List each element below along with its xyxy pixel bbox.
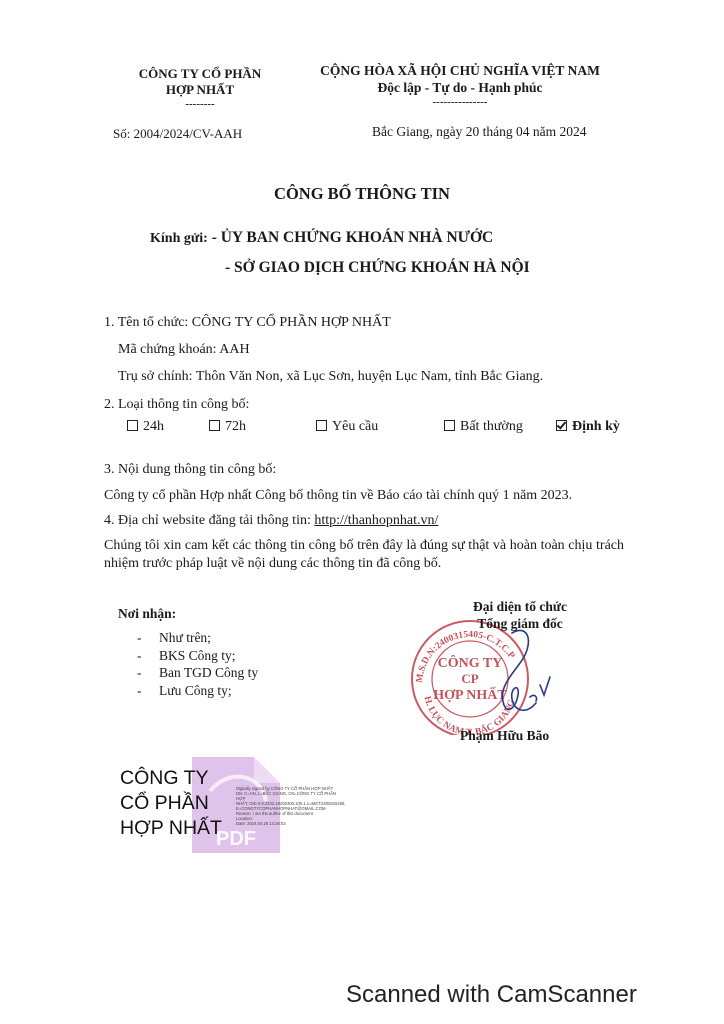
signature-block: Đại diện tổ chức Tổng giám đốc (440, 598, 600, 632)
signature-meta-line: Date: 2024.04.20 14:36:03 (236, 821, 346, 826)
website-label: 4. Địa chỉ website đăng tải thông tin: (104, 513, 314, 528)
signatory-role-1: Đại diện tổ chức (440, 598, 600, 615)
recipient-item: -Ban TGD Công ty (137, 664, 258, 682)
issuer-name-line1: CÔNG TY CỔ PHẦN (100, 66, 300, 82)
website-line: 4. Địa chỉ website đăng tải thông tin: h… (104, 512, 438, 530)
signer-line: HỢP NHẤT (120, 816, 222, 841)
website-link[interactable]: http://thanhopnhat.vn/ (314, 513, 438, 528)
info-type-options: 24h 72h Yêu cầu Bất thường Định kỳ (0, 419, 724, 439)
document-number: Số: 2004/2024/CV-AAH (113, 126, 242, 142)
checkbox-checked-icon[interactable] (556, 420, 567, 431)
option-label: Định kỳ (572, 419, 620, 434)
camscanner-watermark: Scanned with CamScanner (346, 981, 637, 1009)
national-header: CỘNG HÒA XÃ HỘI CHỦ NGHĨA VIỆT NAM Độc l… (305, 62, 615, 108)
handwritten-signature-icon (490, 625, 560, 725)
info-type-label: 2. Loại thông tin công bố: (104, 396, 249, 414)
issuer-rule: -------- (100, 98, 300, 110)
addressee-line-1: Kính gửi: - ỦY BAN CHỨNG KHOÁN NHÀ NƯỚC (150, 229, 493, 247)
checkbox-icon[interactable] (127, 420, 138, 431)
recipient-text: Lưu Công ty; (159, 683, 232, 698)
ticker-line: Mã chứng khoán: AAH (118, 341, 250, 359)
option-on-request[interactable]: Yêu cầu (316, 419, 378, 435)
issuer-name-line2: HỢP NHẤT (100, 82, 300, 98)
option-72h[interactable]: 72h (209, 419, 246, 435)
option-24h[interactable]: 24h (127, 419, 164, 435)
addressee-label: Kính gửi: (150, 231, 208, 246)
nation-title: CỘNG HÒA XÃ HỘI CHỦ NGHĨA VIỆT NAM (305, 62, 615, 79)
place-date: Bắc Giang, ngày 20 tháng 04 năm 2024 (372, 124, 586, 140)
recipient-item: -Lưu Công ty; (137, 682, 258, 700)
signature-meta-line: DN: C=VN, L=BẮC GIANG, CN=CÔNG TY CỔ PHẦ… (236, 791, 346, 801)
addressee-recipient-2: - SỞ GIAO DỊCH CHỨNG KHOÁN HÀ NỘI (225, 259, 530, 277)
option-label: 72h (225, 419, 246, 434)
signer-line: CỔ PHẦN (120, 791, 222, 816)
recipient-item: -Như trên; (137, 629, 258, 647)
address-line: Trụ sở chính: Thôn Văn Non, xã Lục Sơn, … (118, 368, 543, 386)
content-text: Công ty cổ phần Hợp nhất Công bố thông t… (104, 487, 572, 505)
option-label: 24h (143, 419, 164, 434)
recipients-list: -Như trên; -BKS Công ty; -Ban TGD Công t… (137, 629, 258, 699)
addressee-recipient-1: - ỦY BAN CHỨNG KHOÁN NHÀ NƯỚC (212, 229, 494, 246)
national-motto: Độc lập - Tự do - Hạnh phúc (305, 79, 615, 96)
option-label: Yêu cầu (332, 419, 378, 434)
recipient-text: Như trên; (159, 630, 211, 645)
signer-line: CÔNG TY (120, 766, 222, 791)
checkbox-icon[interactable] (209, 420, 220, 431)
digital-signer-name: CÔNG TY CỔ PHẦN HỢP NHẤT (120, 766, 222, 841)
motto-rule: --------------- (305, 96, 615, 108)
signatory-role-2: Tổng giám đốc (440, 615, 600, 632)
checkbox-icon[interactable] (444, 420, 455, 431)
option-periodic[interactable]: Định kỳ (556, 419, 620, 435)
svg-text:PDF: PDF (216, 828, 256, 850)
recipients-label: Nơi nhận: (118, 606, 176, 622)
option-label: Bất thường (460, 419, 523, 434)
svg-text:CP: CP (461, 671, 478, 686)
recipient-text: Ban TGD Công ty (159, 665, 258, 680)
option-irregular[interactable]: Bất thường (444, 419, 523, 435)
issuer-block: CÔNG TY CỔ PHẦN HỢP NHẤT -------- (100, 66, 300, 110)
recipient-item: -BKS Công ty; (137, 647, 258, 665)
org-name-line: 1. Tên tổ chức: CÔNG TY CỔ PHẦN HỢP NHẤT (104, 314, 391, 332)
content-label: 3. Nội dung thông tin công bố: (104, 461, 276, 479)
checkbox-icon[interactable] (316, 420, 327, 431)
signatory-name: Phạm Hữu Bão (460, 728, 549, 744)
recipient-text: BKS Công ty; (159, 648, 236, 663)
digital-signature-details: Digitally signed by CÔNG TY CỔ PHẦN HỢP … (236, 786, 346, 826)
document-title: CÔNG BỐ THÔNG TIN (0, 184, 724, 204)
commitment-text: Chúng tôi xin cam kết các thông tin công… (104, 537, 624, 573)
